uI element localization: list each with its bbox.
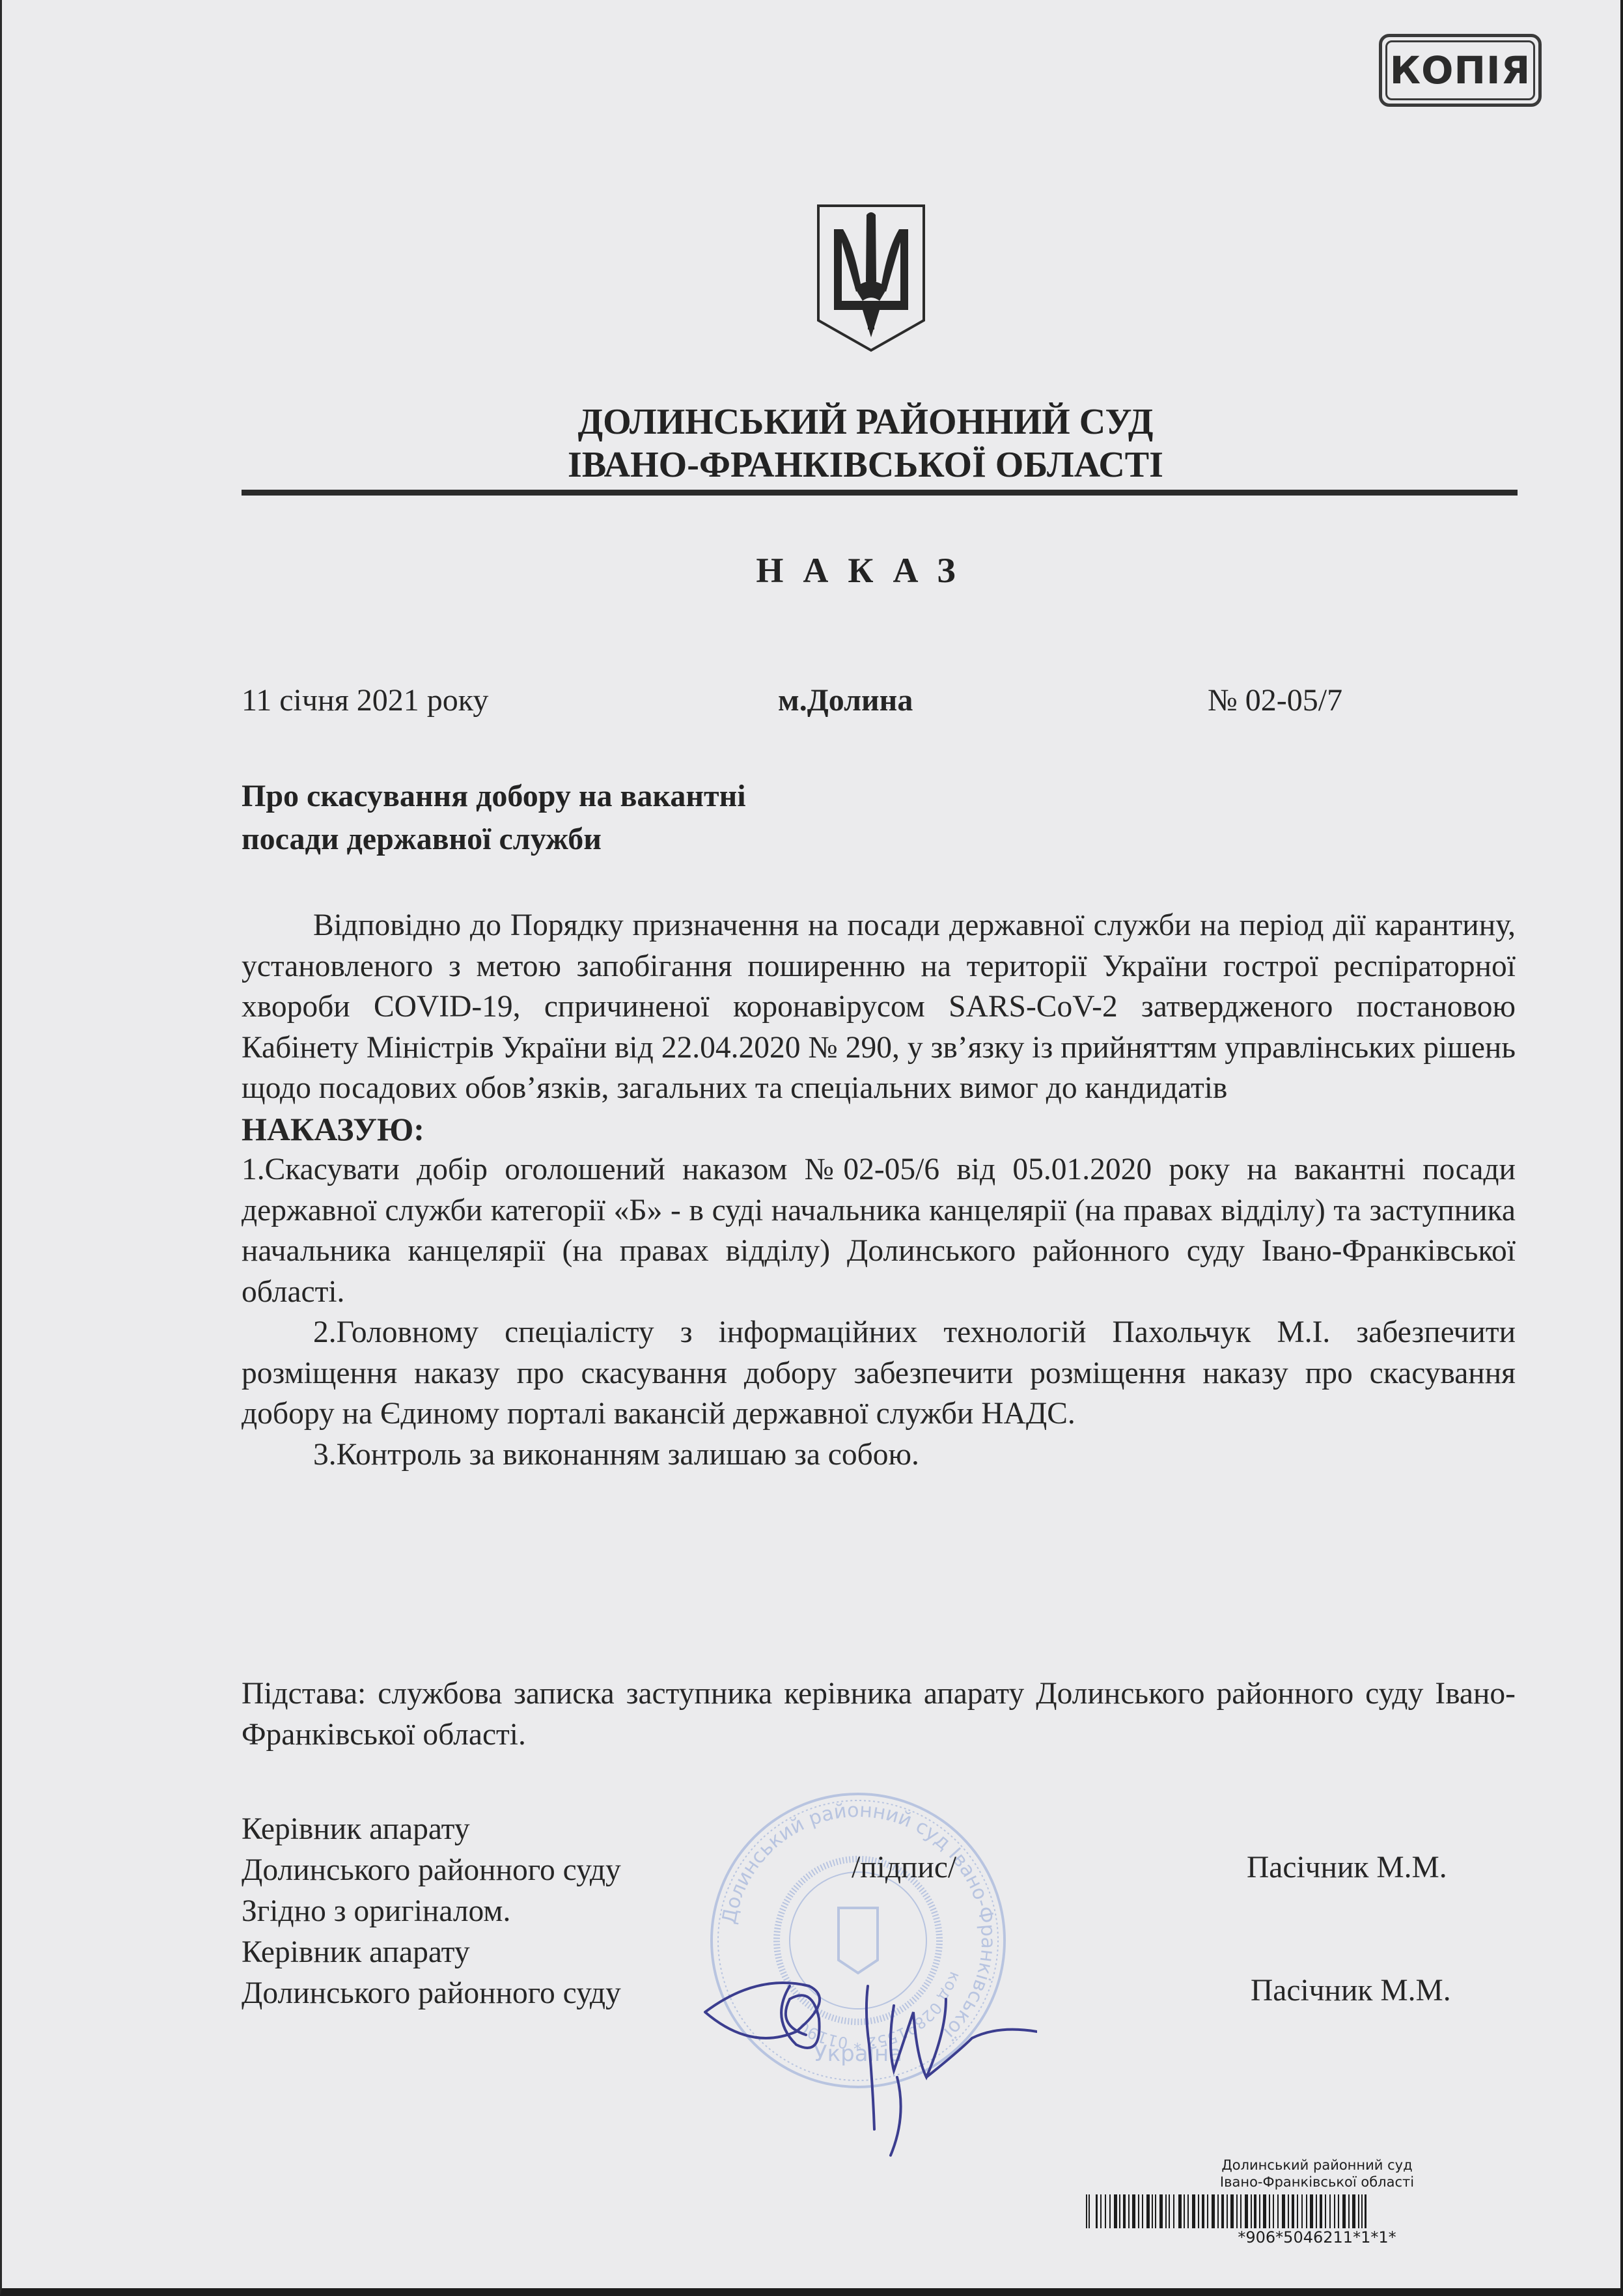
subject-line2: посади державної служби: [242, 818, 746, 861]
barcode-number: *906*5046211*1*1*: [1161, 2228, 1473, 2247]
order-word: НАКАЗУЮ:: [242, 1109, 1516, 1150]
copy-stamp-label: КОПІЯ: [1385, 40, 1535, 100]
signer-title-line1: Керівник апарату: [242, 1809, 621, 1850]
certifier-name: Пасічник М.М.: [1251, 1973, 1451, 2008]
subject-line1: Про скасування добору на вакантні: [242, 775, 746, 818]
handwritten-signature: [699, 1960, 1037, 2168]
document-subject: Про скасування добору на вакантні посади…: [242, 775, 746, 861]
document-page: КОПІЯ ДОЛИНСЬКИЙ РАЙОННИЙ СУД ІВАНО-ФРАН…: [0, 0, 1623, 2296]
copy-stamp: КОПІЯ: [1379, 34, 1542, 107]
barcode-caption-line2: Івано-Франківської області: [1161, 2174, 1473, 2191]
document-body: Відповідно до Порядку призначення на пос…: [242, 905, 1516, 1475]
document-type-title: НАКАЗ: [2, 550, 1623, 591]
signer-name: Пасічник М.М.: [1247, 1850, 1447, 1885]
basis-paragraph: Підстава: службова записка заступника ке…: [242, 1673, 1516, 1755]
signature-placeholder: /підпис/: [852, 1850, 956, 1885]
order-item-2: 2.Головному спеціалісту з інформаційних …: [242, 1312, 1516, 1435]
court-name-line2: ІВАНО-ФРАНКІВСЬКОЇ ОБЛАСТІ: [106, 443, 1623, 486]
preamble-paragraph: Відповідно до Порядку призначення на пос…: [242, 905, 1516, 1109]
certifier-title-line1: Керівник апарату: [242, 1932, 621, 1973]
barcode-icon: [1086, 2194, 1367, 2228]
document-number: № 02-05/7: [1208, 682, 1342, 718]
order-item-3: 3.Контроль за виконанням залишаю за собо…: [242, 1435, 1516, 1476]
barcode-caption: Долинський районний суд Івано-Франківськ…: [1161, 2157, 1473, 2191]
certified-copy-note: Згідно з оригіналом.: [242, 1891, 621, 1932]
certifier-title-line2: Долинського районного суду: [242, 1973, 621, 2014]
order-item-1: 1.Скасувати добір оголошений наказом №02…: [242, 1149, 1516, 1312]
document-date: 11 січня 2021 року: [242, 682, 488, 718]
header-divider: [242, 490, 1518, 496]
barcode-caption-line1: Долинський районний суд: [1161, 2157, 1473, 2174]
signature-block: Керівник апарату Долинського районного с…: [242, 1809, 621, 2014]
court-name-line1: ДОЛИНСЬКИЙ РАЙОННИЙ СУД: [106, 400, 1623, 443]
court-name-heading: ДОЛИНСЬКИЙ РАЙОННИЙ СУД ІВАНО-ФРАНКІВСЬК…: [2, 400, 1623, 486]
signer-title-line2: Долинського районного суду: [242, 1850, 621, 1891]
document-place: м.Долина: [778, 682, 913, 718]
ukraine-trident-emblem-icon: [816, 203, 926, 353]
